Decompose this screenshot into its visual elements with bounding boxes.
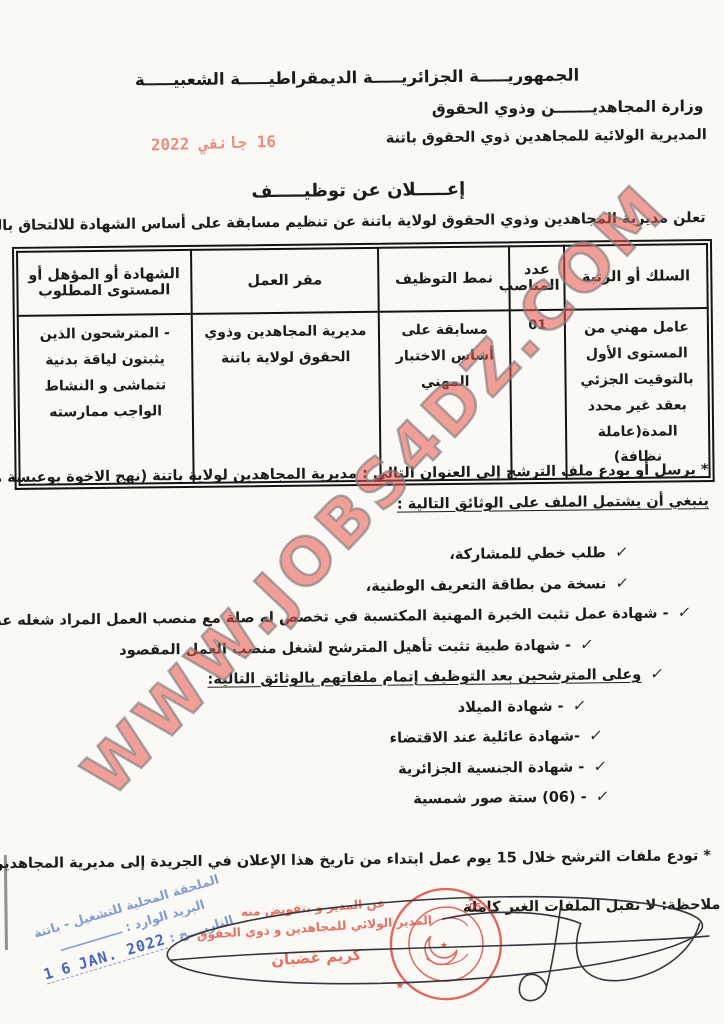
cell-mode: مسابقة على أساس الاختبار المهني <box>379 310 512 481</box>
cell-qualification: - المترشحون الذين يثبتون لياقة بدنية تتم… <box>18 314 193 485</box>
list-item-text: - شهادة طبية تثبت تأهيل المترشح لشغل منص… <box>119 637 571 658</box>
check-icon: ✓ <box>593 757 609 775</box>
cell-positions: 01 <box>510 310 567 480</box>
vacancy-table: السلك أو الرتبة عدد المناصب نمط التوظيف … <box>12 239 715 490</box>
ministry-header: وزارة المجاهديـــــــن وذوي الحقوق <box>432 97 704 118</box>
page-title: إعـــــلان عن توظيـــــف <box>0 176 720 205</box>
directorate-header: المديرية الولائية للمجاهدين ذوي الحقوق ب… <box>386 127 707 147</box>
check-icon: ✓ <box>588 726 604 744</box>
intro-paragraph: تعلن مديرية المجاهدين وذوي الحقوق لولاية… <box>0 210 706 235</box>
table-row: عامل مهني من المستوى الأول بالتوقيت الجز… <box>18 308 710 485</box>
col-workplace: مقر العمل <box>191 248 380 314</box>
cell-rank: عامل مهني من المستوى الأول بالتوقيت الجز… <box>565 308 710 479</box>
list-item-text: - شهادة عمل تثبت الخبرة المهنية المكتسبة… <box>0 606 669 630</box>
republic-header: الجمهوريـــــة الجزائريـــــة الديمقراطي… <box>0 64 719 91</box>
cell-workplace: مديرية المجاهدين وذوي الحقوق لولاية باتن… <box>191 312 381 483</box>
col-mode: نمط التوظيف <box>378 246 509 311</box>
list-item-text: -شهادة عائلية عند الاقتضاء <box>390 729 581 747</box>
vacancy-table-grid: السلك أو الرتبة عدد المناصب نمط التوظيف … <box>16 243 711 486</box>
col-rank: السلك أو الرتبة <box>564 244 708 310</box>
check-icon: ✓ <box>595 787 611 805</box>
deadline-line: * تودع ملفات الترشح خلال 15 يوم عمل ابتد… <box>0 848 711 875</box>
scan-content: الجمهوريـــــة الجزائريـــــة الديمقراطي… <box>0 0 724 1024</box>
col-positions: عدد المناصب <box>509 246 565 311</box>
col-qualification: الشهادة أو المؤهل أو المستوى المطلوب <box>17 250 191 316</box>
scanned-document-page: الجمهوريـــــة الجزائريـــــة الديمقراطي… <box>0 0 724 1024</box>
check-icon: ✓ <box>579 635 595 653</box>
list-item: ✓- (06) ستة صور شمسية <box>3 787 609 824</box>
documents-intro-line: ينبغي أن يشتمل الملف على الوثائق التالية… <box>397 493 709 513</box>
list-item-text: نسخة من بطاقة التعريف الوطنية، <box>366 576 607 595</box>
check-icon: ✓ <box>615 573 631 591</box>
list-item-text: وعلى المترشحين بعد التوظيف إتمام ملفاتهم… <box>207 667 641 688</box>
documents-checklist: ✓طلب خطي للمشاركة، ✓نسخة من بطاقة التعري… <box>0 542 724 825</box>
handwritten-signature <box>142 872 724 1024</box>
check-icon: ✓ <box>650 665 666 683</box>
check-icon: ✓ <box>614 543 630 561</box>
check-icon: ✓ <box>572 696 588 714</box>
list-item-text: طلب خطي للمشاركة، <box>449 545 606 563</box>
list-item-text: - شهادة الميلاد <box>458 698 564 715</box>
list-item-text: - شهادة الجنسية الجزائرية <box>398 759 584 777</box>
red-date-stamp: 16 جانفي 2022 <box>151 132 277 155</box>
list-item-text: - (06) ستة صور شمسية <box>413 789 587 807</box>
table-header-row: السلك أو الرتبة عدد المناصب نمط التوظيف … <box>17 244 708 316</box>
check-icon: ✓ <box>677 603 693 621</box>
